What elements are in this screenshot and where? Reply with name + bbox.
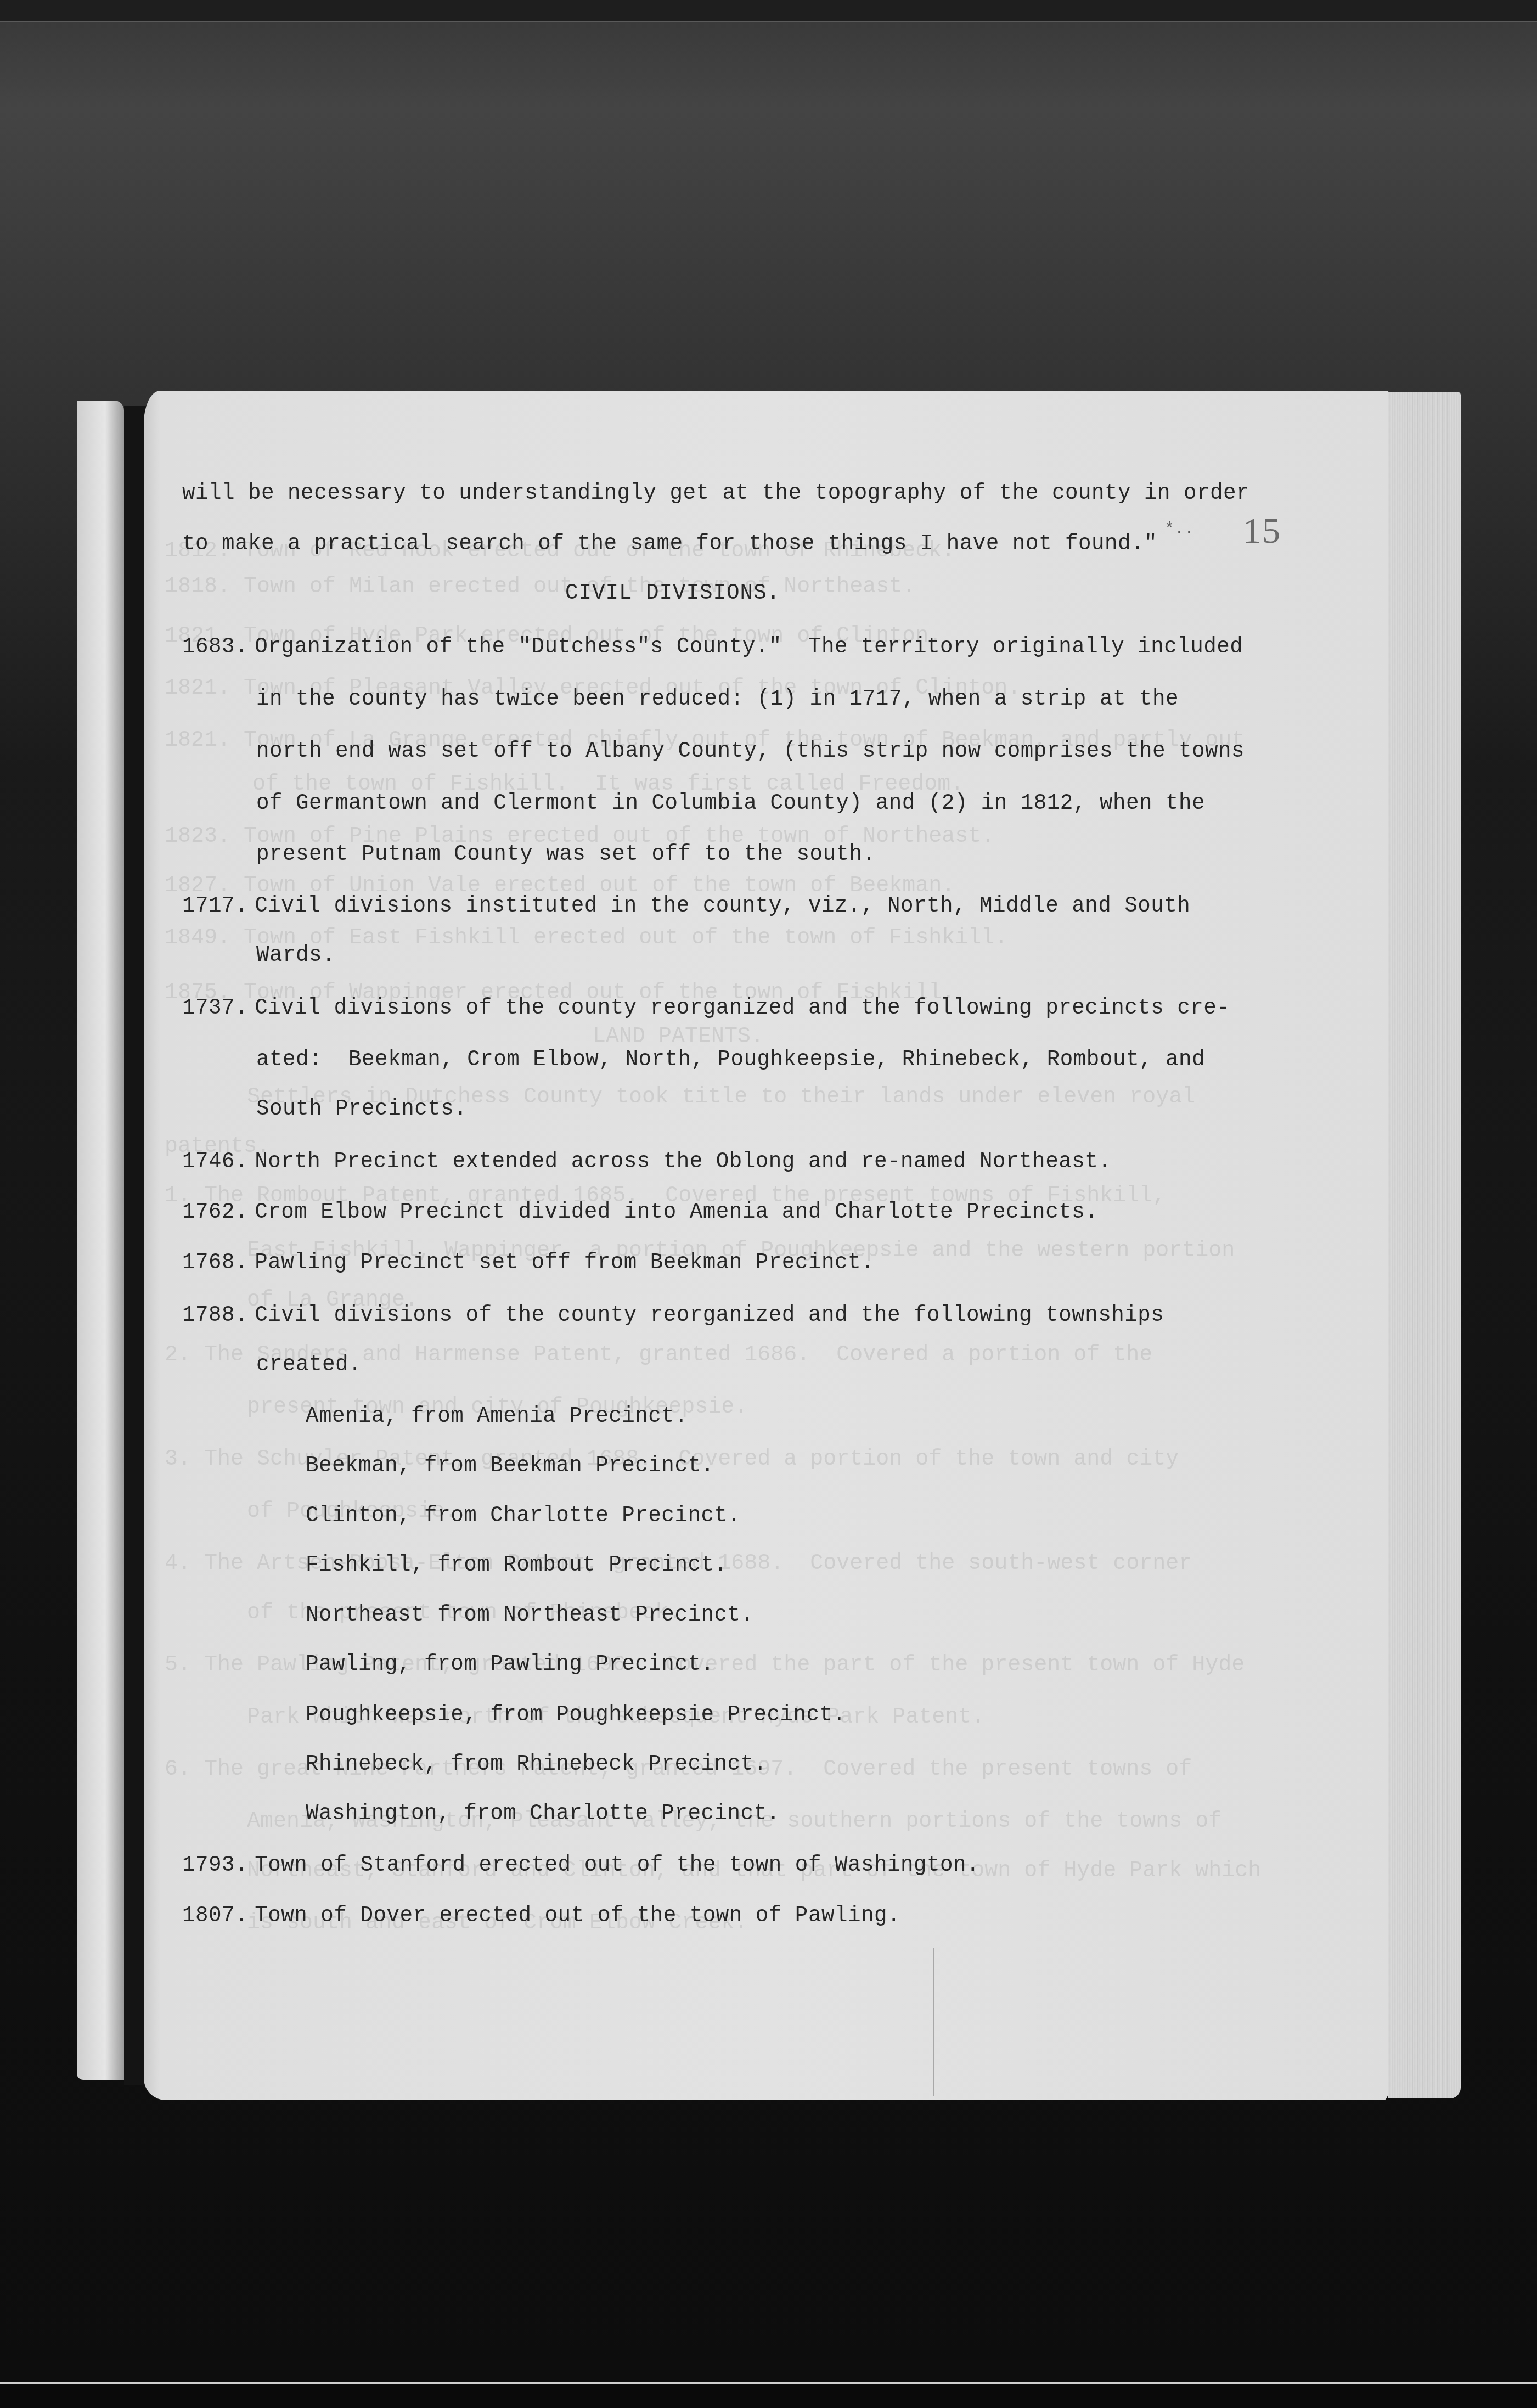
page-number: 15 <box>1243 510 1281 552</box>
entry-year: 1788. <box>182 1305 255 1327</box>
entry-1807: 1807.Town of Dover erected out of the to… <box>182 1905 900 1927</box>
entry-text: Wards. <box>256 945 335 967</box>
township-item: Poughkeepsie, from Poughkeepsie Precinct… <box>306 1704 846 1726</box>
entry-1768: 1768.Pawling Precinct set off from Beekm… <box>182 1252 874 1274</box>
township-item: Pawling, from Pawling Precinct. <box>306 1654 714 1676</box>
entry-text: North Precinct extended across the Oblon… <box>255 1150 1111 1174</box>
entry-text: of Germantown and Clermont in Columbia C… <box>256 793 1205 815</box>
entry-text: created. <box>256 1354 362 1376</box>
entry-year: 1737. <box>182 998 255 1020</box>
entry-text: Civil divisions of the county reorganize… <box>255 996 1230 1021</box>
entry-1793: 1793.Town of Stanford erected out of the… <box>182 1855 979 1877</box>
entry-text: Town of Dover erected out of the town of… <box>255 1904 900 1928</box>
intro-line: to make a practical search of the same f… <box>182 533 1157 555</box>
page-text: 1812. Town of Red Hook erected out of th… <box>0 0 1537 2408</box>
entry-1737: 1737.Civil divisions of the county reorg… <box>182 998 1230 1020</box>
entry-text: Town of Stanford erected out of the town… <box>255 1853 979 1878</box>
entry-1746: 1746.North Precinct extended across the … <box>182 1151 1111 1173</box>
stray-mark: *.. <box>1164 520 1194 539</box>
entry-text: Organization of the "Dutchess"s County."… <box>255 635 1243 660</box>
intro-line: will be necessary to understandingly get… <box>182 483 1249 505</box>
entry-text: north end was set off to Albany County, … <box>256 741 1245 763</box>
entry-year: 1793. <box>182 1855 255 1877</box>
entry-text: ated: Beekman, Crom Elbow, North, Poughk… <box>256 1049 1205 1071</box>
entry-1762: 1762.Crom Elbow Precinct divided into Am… <box>182 1202 1098 1224</box>
township-item: Rhinebeck, from Rhinebeck Precinct. <box>306 1754 767 1776</box>
entry-year: 1683. <box>182 637 255 659</box>
township-item: Clinton, from Charlotte Precinct. <box>306 1505 740 1527</box>
entry-text: present Putnam County was set off to the… <box>256 844 876 866</box>
entry-text: Civil divisions of the county reorganize… <box>255 1303 1164 1328</box>
township-item: Washington, from Charlotte Precinct. <box>306 1803 780 1825</box>
township-item: Amenia, from Amenia Precinct. <box>306 1406 688 1428</box>
entry-year: 1717. <box>182 896 255 918</box>
entry-text: Crom Elbow Precinct divided into Amenia … <box>255 1200 1098 1225</box>
bleed-through-heading: LAND PATENTS. <box>593 1026 764 1048</box>
entry-1788: 1788.Civil divisions of the county reorg… <box>182 1305 1164 1327</box>
township-item: Fishkill, from Rombout Precinct. <box>306 1555 727 1577</box>
township-item: Northeast from Northeast Precinct. <box>306 1605 753 1627</box>
entry-text: South Precincts. <box>256 1099 467 1121</box>
entry-year: 1762. <box>182 1202 255 1224</box>
entry-year: 1807. <box>182 1905 255 1927</box>
entry-text: Pawling Precinct set off from Beekman Pr… <box>255 1251 874 1275</box>
entry-year: 1746. <box>182 1151 255 1173</box>
entry-text: Civil divisions instituted in the county… <box>255 894 1190 919</box>
entry-year: 1768. <box>182 1252 255 1274</box>
entry-1717: 1717.Civil divisions instituted in the c… <box>182 896 1190 918</box>
entry-1683: 1683.Organization of the "Dutchess"s Cou… <box>182 637 1243 659</box>
bleed-through-line: 1818. Town of Milan erected out of the t… <box>165 576 915 598</box>
entry-text: in the county has twice been reduced: (1… <box>256 689 1179 711</box>
township-item: Beekman, from Beekman Precinct. <box>306 1455 714 1477</box>
section-heading: CIVIL DIVISIONS. <box>565 583 780 605</box>
